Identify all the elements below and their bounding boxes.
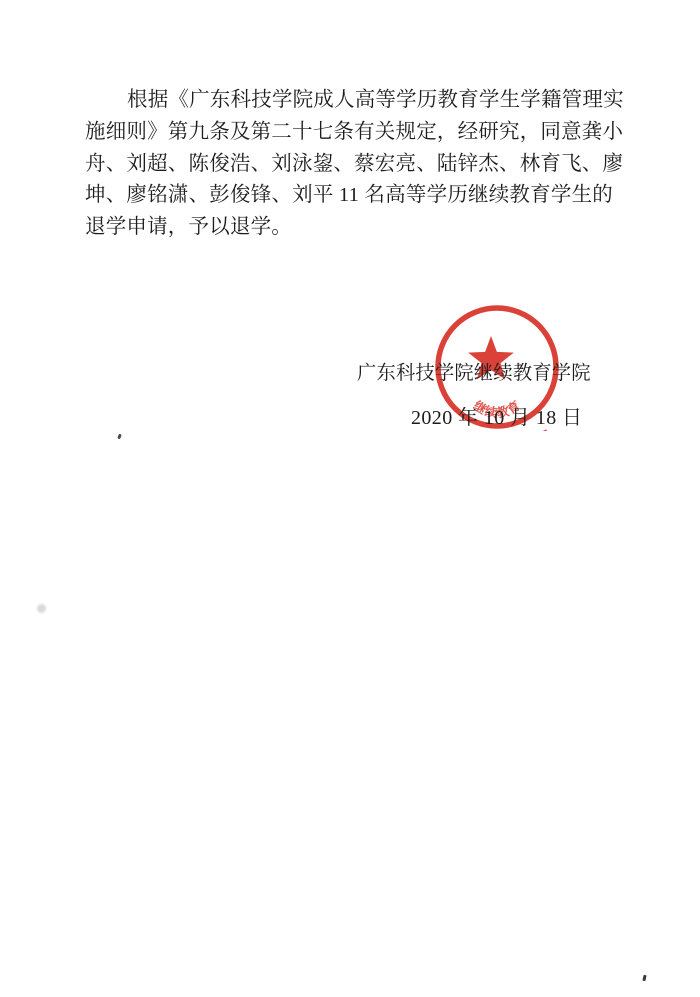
body-line: 退学申请，予以退学。 <box>85 212 613 244</box>
body-line: 根据《广东科技学院成人高等学历教育学生学籍管理实 <box>85 85 613 117</box>
ink-speck <box>117 434 122 440</box>
signature-line: 广东科技学院继续教育学院 <box>357 357 591 385</box>
ink-speck <box>642 975 646 981</box>
date-line: 2020 年 10 月 18 日 <box>411 401 582 430</box>
document-page: 根据《广东科技学院成人高等学历教育学生学籍管理实 施细则》第九条及第二十七条有关… <box>0 0 700 997</box>
ink-speck <box>37 604 46 613</box>
body-line: 舟、刘超、陈俊浩、刘泳鋆、蔡宏亮、陆锌杰、林育飞、廖 <box>85 149 613 181</box>
body-paragraph: 根据《广东科技学院成人高等学历教育学生学籍管理实 施细则》第九条及第二十七条有关… <box>85 85 613 244</box>
body-line: 坤、廖铭潇、彭俊锋、刘平 11 名高等学历继续教育学生的 <box>85 180 613 212</box>
body-line: 施细则》第九条及第二十七条有关规定，经研究，同意龚小 <box>85 117 613 149</box>
